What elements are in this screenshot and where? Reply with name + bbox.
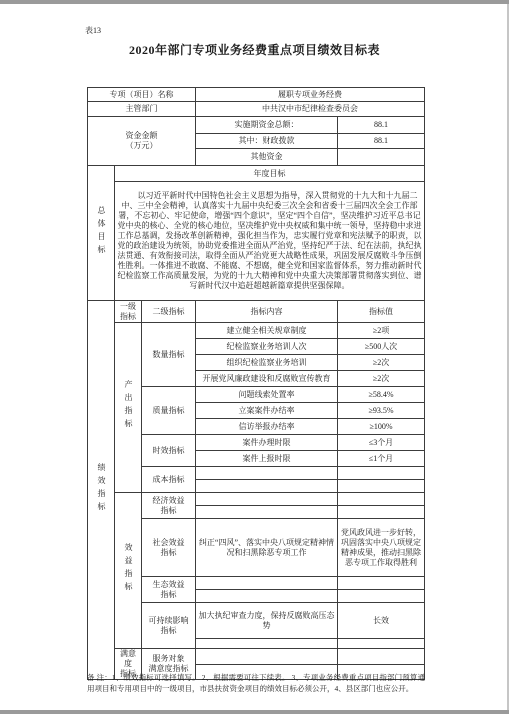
- indicator-content: 纪检监察业务培训人次: [196, 339, 338, 355]
- project-name-label: 专项（项目）名称: [88, 88, 196, 102]
- indicator-value: ≥2项: [338, 323, 425, 339]
- document-page: 表13 2020年部门专项业务经费重点项目绩效目标表 专项（项目）名称 履职专项…: [0, 0, 509, 722]
- page-bottom-separator: [0, 710, 509, 714]
- fund-amount-label: 资金金额 （万元）: [88, 117, 196, 166]
- level2-social: 社会效益 指标: [142, 519, 196, 577]
- level2-ecological: 生态效益 指标: [142, 577, 196, 603]
- indicator-content: 开展党风廉政建设和反腐败宣传教育: [196, 371, 338, 387]
- indicator-value: ≥58.4%: [338, 387, 425, 403]
- page-top-separator: [0, 0, 509, 4]
- overall-goal-vertical-text: 总体目标: [96, 206, 106, 258]
- indicator-content: 组织纪检监察业务培训: [196, 355, 338, 371]
- header-level1: 一级指标: [115, 301, 142, 323]
- empty-cell: [338, 577, 425, 590]
- sheet-number-label: 表13: [85, 25, 101, 36]
- indicator-value: ≤3个月: [338, 435, 425, 451]
- header-level2: 二级指标: [142, 301, 196, 323]
- indicator-content: 案件办理时限: [196, 435, 338, 451]
- performance-target-table: 专项（项目）名称 履职专项业务经费 主管部门 中共汉中市纪律检查委员会 资金金额…: [87, 87, 425, 680]
- empty-cell: [196, 577, 338, 590]
- fund-other-value: [338, 149, 425, 166]
- empty-cell: [338, 493, 425, 506]
- annual-goal-header: 年度目标: [115, 166, 425, 182]
- header-content: 指标内容: [196, 301, 338, 323]
- empty-cell: [338, 467, 425, 480]
- indicator-value: ≥500人次: [338, 339, 425, 355]
- empty-cell: [196, 506, 338, 519]
- level2-quality: 质量指标: [142, 387, 196, 435]
- level2-timeliness: 时效指标: [142, 435, 196, 467]
- indicator-value: ≥93.5%: [338, 403, 425, 419]
- level2-sustainable: 可持续影响 指标: [142, 603, 196, 649]
- indicator-value: ≥100%: [338, 419, 425, 435]
- indicator-value: 长效: [338, 603, 425, 639]
- header-value: 指标值: [338, 301, 425, 323]
- indicator-content: 案件上报时限: [196, 451, 338, 467]
- annual-goal-text: 以习近平新时代中国特色社会主义思想为指导，深入贯彻党的十九大和十九届二中、三中全…: [115, 182, 425, 301]
- indicator-content: 问题线索处置率: [196, 387, 338, 403]
- performance-indicator-row-label: 绩效指标: [88, 301, 115, 680]
- level2-quantity: 数量指标: [142, 323, 196, 387]
- indicator-content: 纠正“四风”、落实中央八项规定精神情况和扫黑除恶专项工作: [196, 519, 338, 577]
- project-name-value: 履职专项业务经费: [196, 88, 425, 102]
- indicator-content: 立案案件办结率: [196, 403, 338, 419]
- empty-cell: [338, 639, 425, 649]
- level2-economic: 经济效益 指标: [142, 493, 196, 519]
- indicator-value: ≤1个月: [338, 451, 425, 467]
- level1-benefit-vertical-text: 效益指标: [123, 543, 133, 595]
- empty-cell: [196, 467, 338, 480]
- fund-fiscal-label: 其中：财政拨款: [196, 134, 338, 149]
- empty-cell: [338, 480, 425, 493]
- indicator-content: 信访举报办结率: [196, 419, 338, 435]
- fund-total-label: 实施期资金总额：: [196, 117, 338, 134]
- level1-output: 产出指标: [115, 323, 142, 493]
- fund-other-label: 其他资金: [196, 149, 338, 166]
- document-title: 2020年部门专项业务经费重点项目绩效目标表: [0, 41, 509, 58]
- footnote: 备 注：1、绩效指标可选择填写。 2、根据需要可往下续表。 3、专项业务经费重点…: [87, 673, 425, 694]
- empty-cell: [338, 590, 425, 603]
- level2-cost: 成本指标: [142, 467, 196, 493]
- fund-fiscal-value: 88.1: [338, 134, 425, 149]
- level1-benefit: 效益指标: [115, 493, 142, 649]
- empty-cell: [196, 649, 338, 665]
- department-value: 中共汉中市纪律检查委员会: [196, 102, 425, 117]
- overall-goal-row-label: 总体目标: [88, 166, 115, 301]
- empty-cell: [196, 480, 338, 493]
- fund-total-value: 88.1: [338, 117, 425, 134]
- department-label: 主管部门: [88, 102, 196, 117]
- level1-output-vertical-text: 产出指标: [123, 380, 133, 432]
- empty-cell: [338, 649, 425, 665]
- empty-cell: [196, 590, 338, 603]
- empty-cell: [338, 506, 425, 519]
- indicator-value: ≥2次: [338, 355, 425, 371]
- indicator-value: ≥2次: [338, 371, 425, 387]
- empty-cell: [196, 639, 338, 649]
- indicator-value: 党风政风进一步好转，巩固落实中央八项规定精神成果，推动扫黑除恶专项工作取得胜利: [338, 519, 425, 577]
- indicator-content: 加大执纪审查力度，保持反腐败高压态势: [196, 603, 338, 639]
- performance-indicator-vertical-text: 绩效指标: [96, 463, 106, 515]
- empty-cell: [196, 493, 338, 506]
- indicator-content: 建立健全相关规章制度: [196, 323, 338, 339]
